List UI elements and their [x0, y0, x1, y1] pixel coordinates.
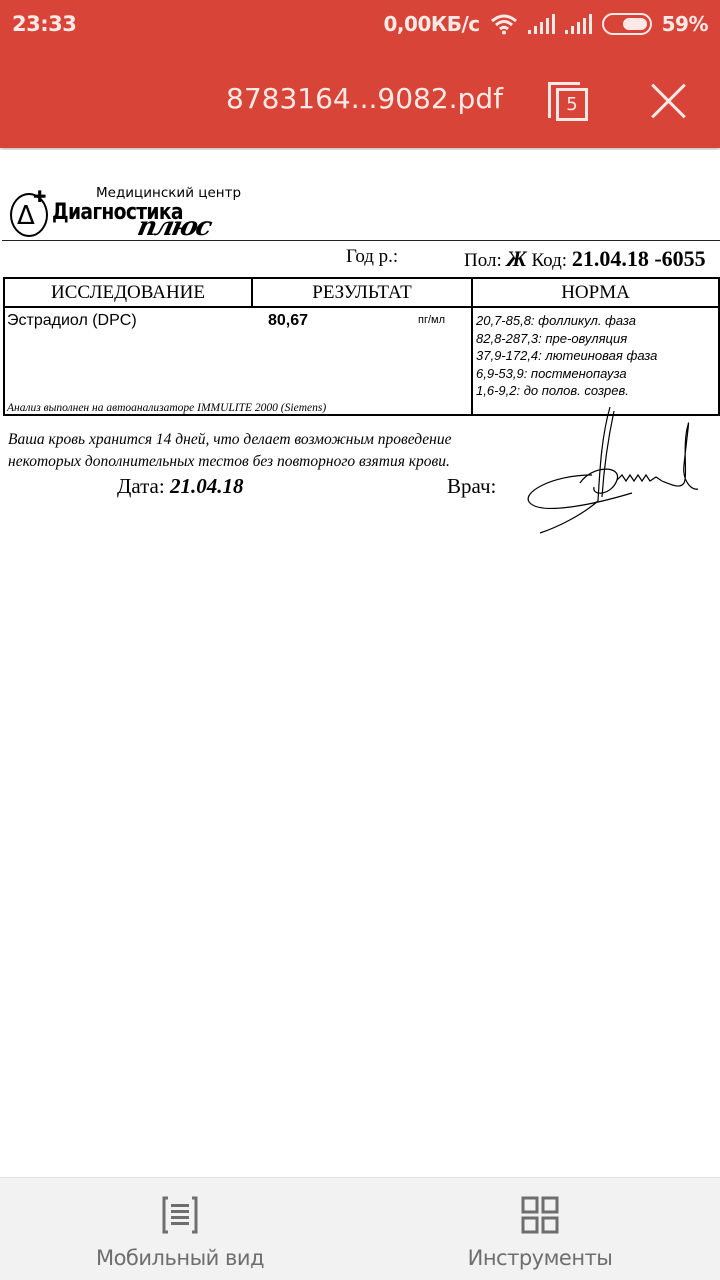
pdf-page[interactable]: Δ ✚ Медицинский центр Диагностика плюс Г… [0, 150, 720, 1175]
header-divider [2, 240, 720, 241]
page-count: 5 [556, 88, 588, 121]
header-norm: НОРМА [472, 278, 719, 307]
norm-line: 6,9-53,9: постменопауза [476, 365, 718, 383]
battery-percent: 59% [662, 12, 708, 36]
signal-icon [565, 14, 592, 34]
date-label: Дата: [117, 474, 165, 498]
norm-cell: 20,7-85,8: фолликул. фаза 82,8-287,3: пр… [472, 307, 719, 415]
mobile-view-button[interactable]: Мобильный вид [30, 1178, 330, 1280]
code-value: 21.04.18 -6055 [572, 246, 706, 271]
header-test: ИССЛЕДОВАНИЕ [4, 278, 252, 307]
tools-grid-icon [521, 1196, 559, 1234]
report-date: Дата: 21.04.18 [117, 474, 243, 499]
wifi-icon [490, 13, 518, 35]
test-unit: пг/мл [418, 314, 445, 326]
birth-year-label: Год р.: [346, 246, 398, 267]
logo-subtitle: Медицинский центр [96, 185, 241, 201]
test-result: 80,67 [268, 312, 308, 330]
file-name: 8783164...9082.pdf [226, 82, 503, 115]
storage-note-line: некоторых дополнительных тестов без повт… [8, 451, 451, 473]
sex-value: Ж [506, 246, 526, 271]
norm-line: 20,7-85,8: фолликул. фаза [476, 312, 718, 330]
signature-image [522, 405, 712, 535]
storage-note: Ваша кровь хранится 14 дней, что делает … [8, 429, 451, 473]
tools-label: Инструменты [390, 1246, 690, 1270]
test-name: Эстрадиол (DPC) [7, 312, 137, 330]
mobile-view-label: Мобильный вид [30, 1246, 330, 1270]
pages-button[interactable]: 5 [546, 80, 592, 122]
header-result: РЕЗУЛЬТАТ [252, 278, 472, 307]
storage-note-line: Ваша кровь хранится 14 дней, что делает … [8, 429, 451, 451]
logo-suffix: плюс [135, 212, 213, 242]
results-table: ИССЛЕДОВАНИЕ РЕЗУЛЬТАТ НОРМА Эстрадиол (… [3, 277, 720, 416]
status-time: 23:33 [12, 12, 76, 36]
signal-icon [528, 14, 555, 34]
bottom-toolbar: Мобильный вид Инструменты [0, 1177, 720, 1280]
code-label: Код: [531, 250, 567, 271]
mobile-view-icon [162, 1196, 198, 1234]
norm-line: 82,8-287,3: пре-овуляция [476, 330, 718, 348]
patient-info: Пол: Ж Код: 21.04.18 -6055 [464, 246, 706, 272]
status-indicators: 0,00КБ/с 59% [384, 12, 708, 36]
analyzer-note: Анализ выполнен на автоанализаторе IMMUL… [7, 402, 326, 414]
date-value: 21.04.18 [170, 474, 244, 498]
table-header: ИССЛЕДОВАНИЕ РЕЗУЛЬТАТ НОРМА [4, 278, 719, 307]
net-speed: 0,00КБ/с [384, 12, 480, 36]
app-bar: 23:33 0,00КБ/с 59% 8783164...9082.pdf 5 [0, 0, 720, 148]
result-cell: Эстрадиол (DPC) 80,67 пг/мл Анализ выпол… [4, 307, 472, 415]
tools-button[interactable]: Инструменты [390, 1178, 690, 1280]
battery-icon [602, 13, 652, 35]
sex-label: Пол: [464, 250, 502, 271]
birth-year: Год р.: [346, 246, 398, 268]
cross-icon: ✚ [33, 187, 46, 206]
doctor-label: Врач: [447, 474, 496, 499]
table-row: Эстрадиол (DPC) 80,67 пг/мл Анализ выпол… [4, 307, 719, 415]
close-button[interactable] [649, 82, 687, 120]
norm-line: 37,9-172,4: лютеиновая фаза [476, 347, 718, 365]
norm-line: 1,6-9,2: до полов. созрев. [476, 382, 718, 400]
clinic-logo: Δ ✚ Медицинский центр Диагностика плюс [10, 185, 250, 241]
status-bar: 23:33 0,00КБ/с 59% [0, 0, 720, 52]
